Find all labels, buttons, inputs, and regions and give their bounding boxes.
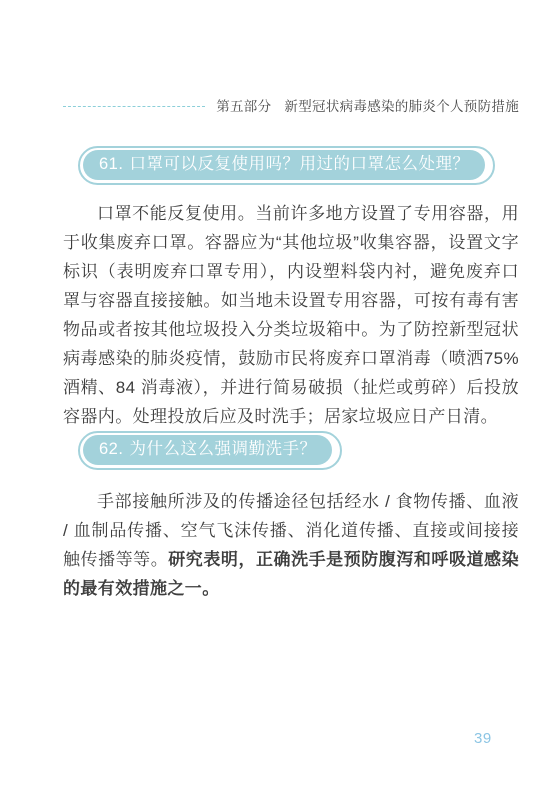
dotted-rule [63, 106, 205, 107]
question-61-pill: 61.口罩可以反复使用吗？用过的口罩怎么处理？ [83, 150, 485, 180]
question-62-title: 为什么这么强调勤洗手？ [129, 440, 316, 458]
question-62-heading: 62.为什么这么强调勤洗手？ [78, 431, 342, 470]
question-61-title: 口罩可以反复使用吗？用过的口罩怎么处理？ [129, 155, 469, 173]
question-62-pill: 62.为什么这么强调勤洗手？ [83, 435, 332, 465]
question-62-answer-paragraph: 手部接触所涉及的传播途径包括经水 / 食物传播、血液 / 血制品传播、空气飞沫传… [63, 487, 519, 603]
section-label: 第五部分 [216, 95, 271, 115]
running-head: 第五部分 新型冠状病毒感染的肺炎个人预防措施 [63, 95, 519, 115]
section-title: 新型冠状病毒感染的肺炎个人预防措施 [284, 95, 519, 115]
question-61-answer-paragraph: 口罩不能反复使用。当前许多地方设置了专用容器，用于收集废弃口罩。容器应为“其他垃… [63, 199, 519, 431]
question-61-heading: 61.口罩可以反复使用吗？用过的口罩怎么处理？ [78, 146, 495, 185]
question-62-number: 62. [99, 440, 123, 458]
book-page: 第五部分 新型冠状病毒感染的肺炎个人预防措施 61.口罩可以反复使用吗？用过的口… [0, 0, 559, 793]
page-number: 39 [474, 730, 492, 747]
question-61-number: 61. [99, 155, 123, 173]
